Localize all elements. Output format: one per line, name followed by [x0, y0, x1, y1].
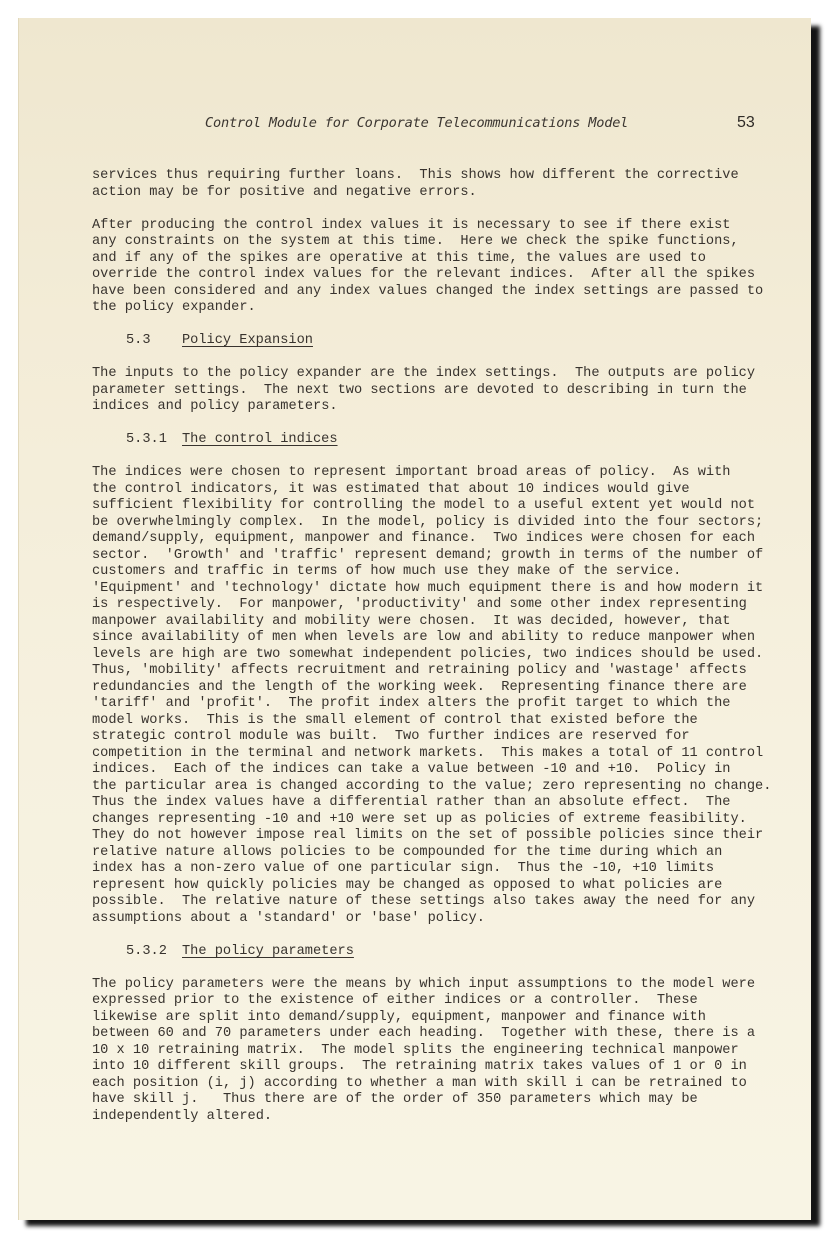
text-line: possible. The relative nature of these s… — [92, 894, 792, 911]
running-header-title: Control Module for Corporate Telecommuni… — [205, 115, 628, 131]
section-number: 5.3 — [126, 333, 182, 350]
text-line: have been considered and any index value… — [92, 284, 792, 301]
text-line: each position (i, j) according to whethe… — [92, 1076, 792, 1093]
paragraph: The indices were chosen to represent imp… — [92, 465, 792, 927]
text-line: 'tariff' and 'profit'. The profit index … — [92, 696, 792, 713]
text-line: They do not however impose real limits o… — [92, 828, 792, 845]
text-line: competition in the terminal and network … — [92, 746, 792, 763]
section-number: 5.3.1 — [126, 432, 182, 449]
text-line: any constraints on the system at this ti… — [92, 234, 792, 251]
text-line: the policy expander. — [92, 300, 792, 317]
text-line: sector. 'Growth' and 'traffic' represent… — [92, 548, 792, 565]
body-text: services thus requiring further loans. T… — [92, 168, 792, 1142]
text-line: expressed prior to the existence of eith… — [92, 993, 792, 1010]
text-line: customers and traffic in terms of how mu… — [92, 564, 792, 581]
text-line: index has a non-zero value of one partic… — [92, 861, 792, 878]
text-line: The indices were chosen to represent imp… — [92, 465, 792, 482]
text-line: indices. Each of the indices can take a … — [92, 762, 792, 779]
text-line: into 10 different skill groups. The retr… — [92, 1059, 792, 1076]
text-line: After producing the control index values… — [92, 218, 792, 235]
section-heading: 5.3.1The control indices — [92, 432, 792, 449]
text-line: manpower availability and mobility were … — [92, 614, 792, 631]
text-line: be overwhelmingly complex. In the model,… — [92, 515, 792, 532]
text-line: independently altered. — [92, 1109, 792, 1126]
text-line: between 60 and 70 parameters under each … — [92, 1026, 792, 1043]
section-title: The control indices — [182, 432, 338, 447]
document-page: Control Module for Corporate Telecommuni… — [18, 18, 811, 1220]
text-line: likewise are split into demand/supply, e… — [92, 1010, 792, 1027]
text-line: services thus requiring further loans. T… — [92, 168, 792, 185]
text-line: levels are high are two somewhat indepen… — [92, 647, 792, 664]
section-heading: 5.3Policy Expansion — [92, 333, 792, 350]
text-line: demand/supply, equipment, manpower and f… — [92, 531, 792, 548]
text-line: override the control index values for th… — [92, 267, 792, 284]
text-line: is respectively. For manpower, 'producti… — [92, 597, 792, 614]
running-header: Control Module for Corporate Telecommuni… — [19, 115, 811, 135]
section-title: Policy Expansion — [182, 333, 313, 348]
text-line: The policy parameters were the means by … — [92, 977, 792, 994]
text-line: The inputs to the policy expander are th… — [92, 366, 792, 383]
text-line: 10 x 10 retraining matrix. The model spl… — [92, 1043, 792, 1060]
text-line: Thus the index values have a differentia… — [92, 795, 792, 812]
text-line: parameter settings. The next two section… — [92, 383, 792, 400]
text-line: strategic control module was built. Two … — [92, 729, 792, 746]
section-number: 5.3.2 — [126, 944, 182, 961]
text-line: Thus, 'mobility' affects recruitment and… — [92, 663, 792, 680]
section-title: The policy parameters — [182, 944, 354, 959]
text-line: changes representing -10 and +10 were se… — [92, 812, 792, 829]
text-line: 'Equipment' and 'technology' dictate how… — [92, 581, 792, 598]
text-line: represent how quickly policies may be ch… — [92, 878, 792, 895]
text-line: assumptions about a 'standard' or 'base'… — [92, 911, 792, 928]
text-line: indices and policy parameters. — [92, 399, 792, 416]
text-line: since availability of men when levels ar… — [92, 630, 792, 647]
text-line: model works. This is the small element o… — [92, 713, 792, 730]
text-line: and if any of the spikes are operative a… — [92, 251, 792, 268]
text-line: sufficient flexibility for controlling t… — [92, 498, 792, 515]
paragraph: After producing the control index values… — [92, 218, 792, 317]
section-heading: 5.3.2The policy parameters — [92, 944, 792, 961]
text-line: have skill j. Thus there are of the orde… — [92, 1092, 792, 1109]
paragraph: The inputs to the policy expander are th… — [92, 366, 792, 416]
text-line: the particular area is changed according… — [92, 779, 792, 796]
text-line: action may be for positive and negative … — [92, 185, 792, 202]
paragraph: services thus requiring further loans. T… — [92, 168, 792, 201]
text-line: redundancies and the length of the worki… — [92, 680, 792, 697]
text-line: the control indicators, it was estimated… — [92, 482, 792, 499]
text-line: relative nature allows policies to be co… — [92, 845, 792, 862]
paragraph: The policy parameters were the means by … — [92, 977, 792, 1126]
page-number: 53 — [737, 114, 755, 132]
